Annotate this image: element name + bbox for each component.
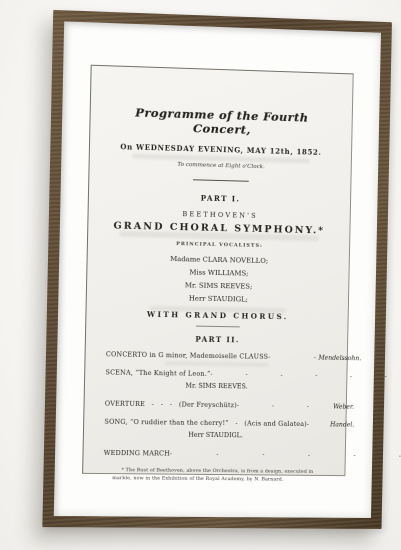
bust-footnote: * The Bust of Beethoven, above the Orche… xyxy=(112,467,316,484)
composer-name: Handel. xyxy=(309,421,354,428)
programme-row: CONCERTO in G minor, Mademoiselle CLAUSS… xyxy=(106,350,327,362)
performer-name: Herr STAUDIGL. xyxy=(104,430,326,440)
composer-name: Wylde. xyxy=(386,374,401,382)
vocalists-heading: PRINCIPAL VOCALISTS: xyxy=(108,239,329,250)
programme-row: SONG, “O ruddier than the cherry!” - (Ac… xyxy=(104,418,326,429)
part1-composer: BEETHOVEN'S xyxy=(109,208,330,221)
picture-frame: Programme of the Fourth Concert, On WEDN… xyxy=(42,10,392,529)
work-title: SONG, “O ruddier than the cherry!” - (Ac… xyxy=(104,418,307,428)
frame-mat: Programme of the Fourth Concert, On WEDN… xyxy=(54,21,381,518)
leader-dashes: - - - xyxy=(237,401,309,410)
leader-dashes: - - - - - - xyxy=(170,450,401,460)
work-title: OVERTURE - - - (Der Freyschütz) xyxy=(105,400,237,410)
performer-name: Mr. SIMS REEVES. xyxy=(105,380,327,391)
part2-heading: PART II. xyxy=(106,333,328,346)
part1-heading: PART I. xyxy=(109,191,330,206)
composer-name: Mendelssohn. xyxy=(316,355,361,363)
programme-row: WEDDING MARCH - - - - - - Mendelssohn. xyxy=(104,449,326,459)
composer-name: Weber. xyxy=(309,403,354,411)
work-title: WEDDING MARCH xyxy=(104,449,170,458)
programme-title: Programme of the Fourth Concert, xyxy=(110,105,332,140)
part2-programme-list: CONCERTO in G minor, Mademoiselle CLAUSS… xyxy=(104,350,328,459)
work-title: SCENA, “The Knight of Leon.” xyxy=(105,368,210,378)
programme-page: Programme of the Fourth Concert, On WEDN… xyxy=(82,65,354,476)
framed-programme-photo: Programme of the Fourth Concert, On WEDN… xyxy=(0,0,401,550)
divider-rule xyxy=(193,179,249,181)
leader-dashes: - - - - - - xyxy=(210,370,386,381)
leader-dashes: - - xyxy=(268,353,316,362)
divider-rule xyxy=(196,326,240,328)
programme-row: OVERTURE - - - (Der Freyschütz) - - - We… xyxy=(105,400,327,411)
work-title: CONCERTO in G minor, Mademoiselle CLAUSS xyxy=(106,350,269,361)
